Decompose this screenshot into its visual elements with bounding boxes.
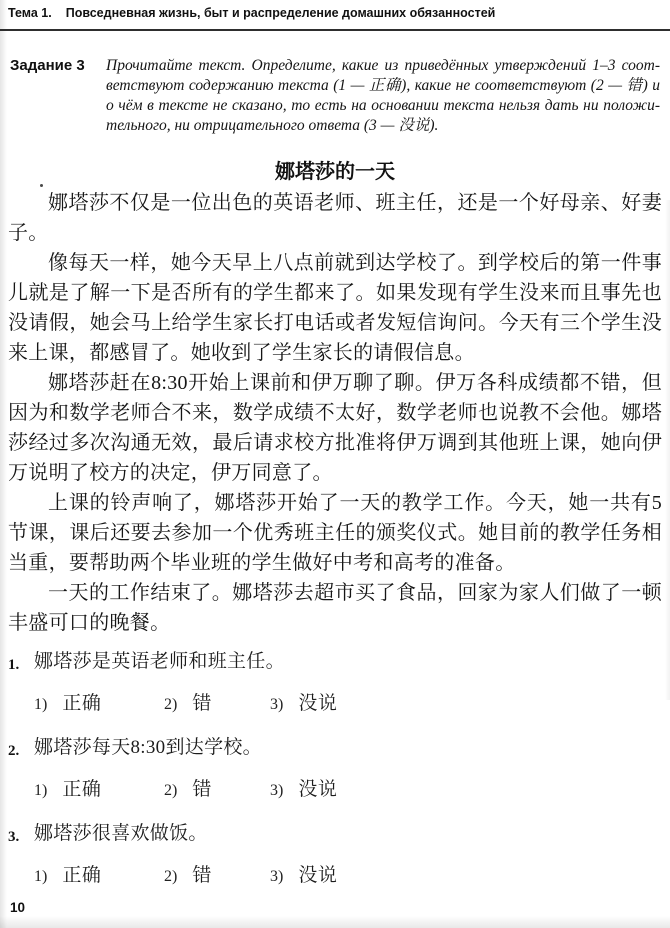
question-text: 娜塔莎每天8:30到达学校。 <box>34 734 262 765</box>
scan-edge-right <box>665 200 670 700</box>
option-correct: 1) 正确 <box>34 863 164 890</box>
option-label: 错 <box>192 777 212 803</box>
option-label: 正确 <box>62 777 101 803</box>
instruction-line: Прочитайте текст. Определите, какие из п… <box>106 56 660 76</box>
option-number: 1) <box>34 692 47 718</box>
textbook-page: { "header": { "theme_label": "Тема 1.", … <box>0 0 670 928</box>
questions-section: 1. 娜塔莎是英语老师和班主任。 1) 正确 2) 错 3) 没说 2. 娜塔莎… <box>8 648 662 906</box>
option-label: 错 <box>192 863 212 889</box>
header-rule <box>0 29 670 31</box>
option-label: 没说 <box>298 777 337 803</box>
option-not-stated: 3) 没说 <box>270 691 337 718</box>
option-label: 错 <box>192 691 212 717</box>
option-number: 2) <box>164 692 177 718</box>
option-label: 没说 <box>298 863 337 889</box>
question-number: 1. <box>8 648 34 679</box>
option-label: 正确 <box>62 863 101 889</box>
question-number: 3. <box>8 820 34 851</box>
question-line: 2. 娜塔莎每天8:30到达学校。 <box>8 734 662 765</box>
scan-edge-bottom <box>0 916 670 928</box>
option-number: 2) <box>164 864 177 890</box>
option-number: 1) <box>34 864 47 890</box>
option-not-stated: 3) 没说 <box>270 863 337 890</box>
question-3: 3. 娜塔莎很喜欢做饭。 1) 正确 2) 错 3) 没说 <box>8 820 662 890</box>
option-label: 正确 <box>62 691 101 717</box>
option-label: 没说 <box>298 691 337 717</box>
option-correct: 1) 正确 <box>34 777 164 804</box>
question-line: 3. 娜塔莎很喜欢做饭。 <box>8 820 662 851</box>
instruction-line: тельного, ни отрицательного ответа (3 — … <box>106 116 660 136</box>
question-options: 1) 正确 2) 错 3) 没说 <box>8 863 662 890</box>
question-options: 1) 正确 2) 错 3) 没说 <box>8 691 662 718</box>
question-text: 娜塔莎很喜欢做饭。 <box>34 820 208 851</box>
task-label: Задание 3 <box>10 56 106 136</box>
option-wrong: 2) 错 <box>164 777 270 804</box>
question-options: 1) 正确 2) 错 3) 没说 <box>8 777 662 804</box>
article-paragraph: 一天的工作结束了。娜塔莎去超市买了食品，回家为家人们做了一顿丰盛可口的晚餐。 <box>8 578 662 638</box>
theme-title: Повседневная жизнь, быт и распределение … <box>66 6 496 20</box>
question-number: 2. <box>8 734 34 765</box>
option-number: 3) <box>270 692 283 718</box>
theme-number: Тема 1. <box>8 6 52 20</box>
article-body: 娜塔莎不仅是一位出色的英语老师、班主任，还是一个好母亲、好妻子。 像每天一样，她… <box>8 188 662 638</box>
option-wrong: 2) 错 <box>164 691 270 718</box>
option-number: 3) <box>270 778 283 804</box>
question-line: 1. 娜塔莎是英语老师和班主任。 <box>8 648 662 679</box>
scan-speck <box>40 184 43 187</box>
article-paragraph: 娜塔莎赶在8:30开始上课前和伊万聊了聊。伊万各科成绩都不错，但因为和数学老师合… <box>8 368 662 488</box>
page-number: 10 <box>10 900 25 915</box>
instruction-line: ветствуют содержанию текста (1 — 正确), ка… <box>106 76 660 96</box>
option-not-stated: 3) 没说 <box>270 777 337 804</box>
article-paragraph: 上课的铃声响了，娜塔莎开始了一天的教学工作。今天，她一共有5节课，课后还要去参加… <box>8 488 662 578</box>
article-title: 娜塔莎的一天 <box>0 155 670 184</box>
task-block: Задание 3 Прочитайте текст. Определите, … <box>10 56 660 136</box>
question-2: 2. 娜塔莎每天8:30到达学校。 1) 正确 2) 错 3) 没说 <box>8 734 662 804</box>
option-number: 1) <box>34 778 47 804</box>
article-paragraph: 娜塔莎不仅是一位出色的英语老师、班主任，还是一个好母亲、好妻子。 <box>8 188 662 248</box>
option-wrong: 2) 错 <box>164 863 270 890</box>
scan-edge-left <box>0 0 7 928</box>
instruction-line: о чём в тексте не сказано, то есть на ос… <box>106 96 660 116</box>
question-1: 1. 娜塔莎是英语老师和班主任。 1) 正确 2) 错 3) 没说 <box>8 648 662 718</box>
option-correct: 1) 正确 <box>34 691 164 718</box>
task-instruction: Прочитайте текст. Определите, какие из п… <box>106 56 660 136</box>
option-number: 3) <box>270 864 283 890</box>
option-number: 2) <box>164 778 177 804</box>
question-text: 娜塔莎是英语老师和班主任。 <box>34 648 285 679</box>
running-header: Тема 1. Повседневная жизнь, быт и распре… <box>8 6 662 20</box>
article-paragraph: 像每天一样，她今天早上八点前就到达学校了。到学校后的第一件事儿就是了解一下是否所… <box>8 248 662 368</box>
